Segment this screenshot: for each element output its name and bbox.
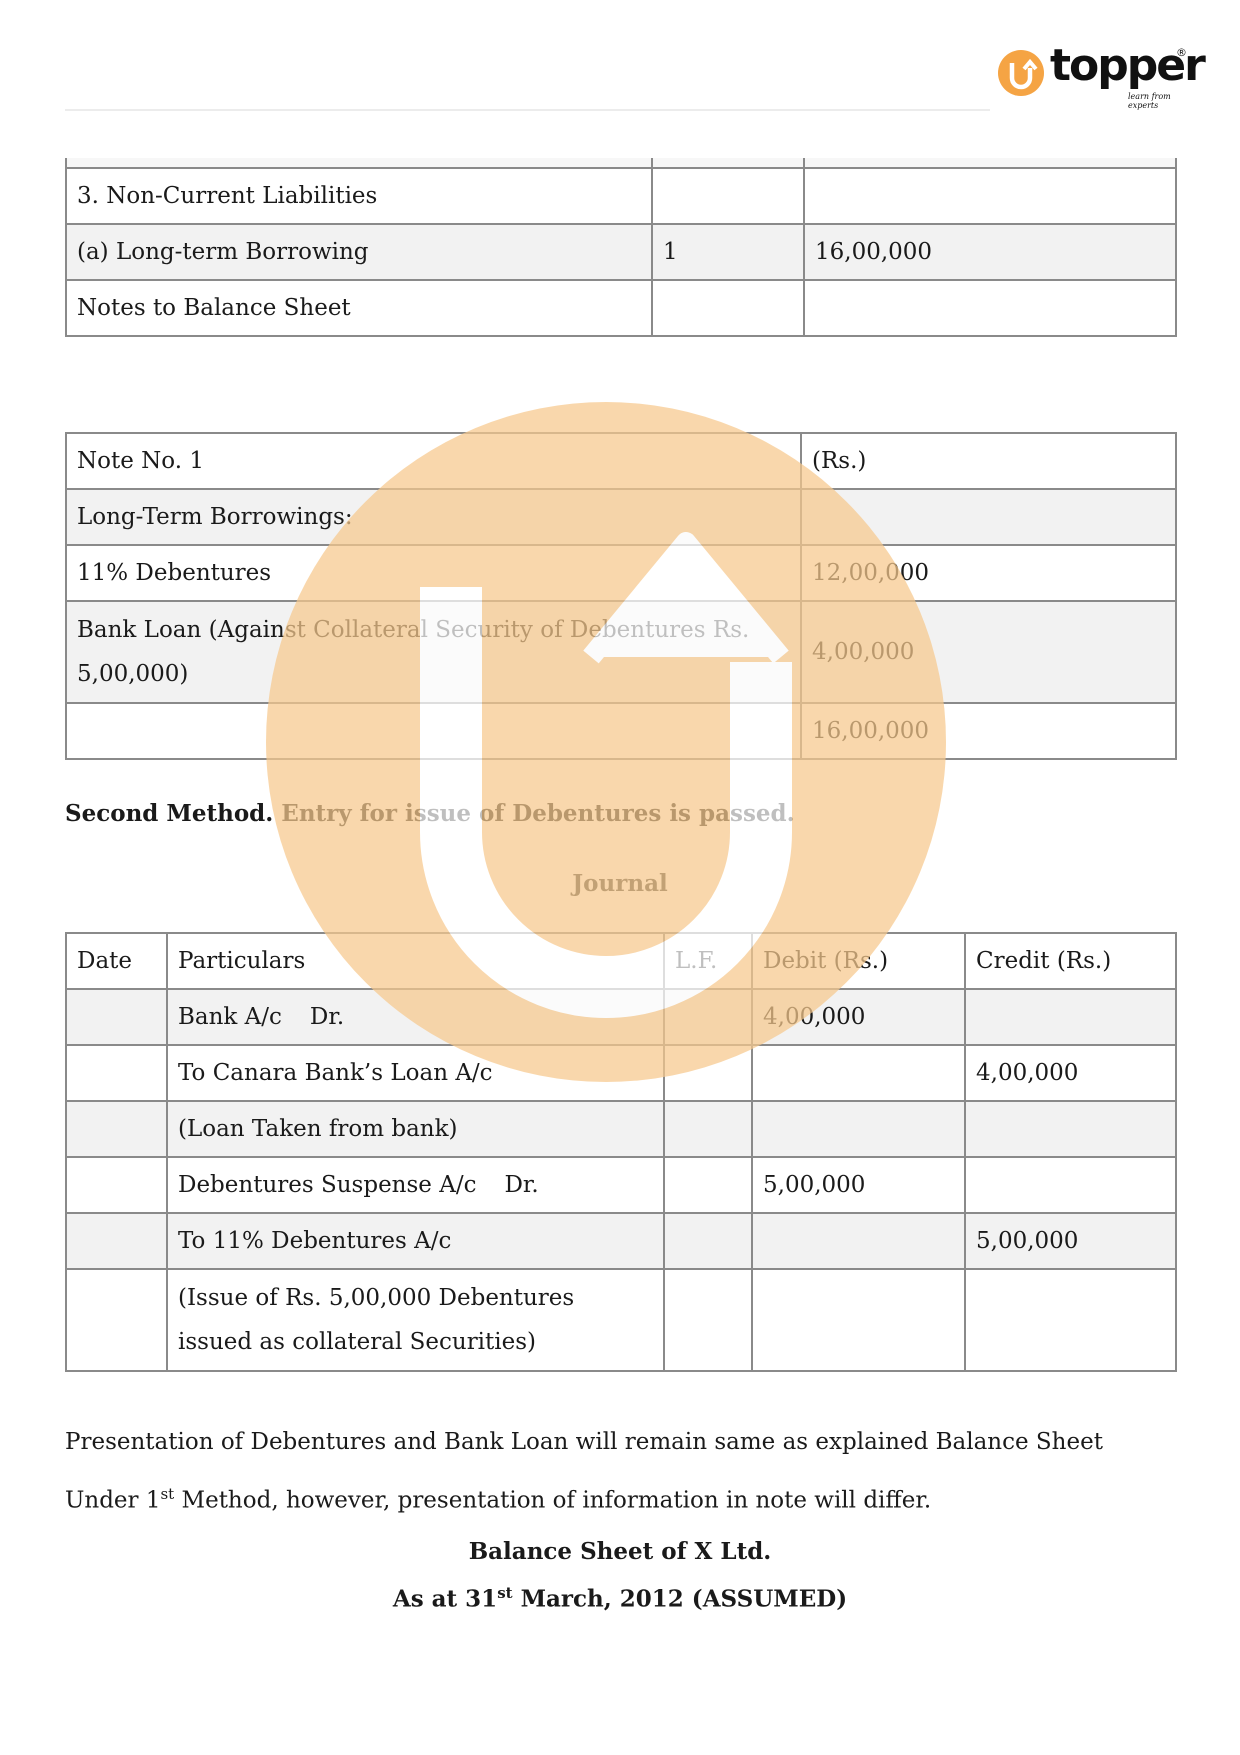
row-debit: 4,00,000 — [752, 989, 965, 1045]
row-debit — [752, 1269, 965, 1371]
registered-mark: ® — [1176, 46, 1187, 59]
row-date — [66, 1045, 167, 1101]
balance-sheet-title: Balance Sheet of X Ltd. — [0, 1538, 1240, 1565]
journal-table: Date Particulars L.F. Debit (Rs.) Credit… — [65, 932, 1177, 1372]
row-particulars: Bank A/cDr. — [167, 989, 664, 1045]
row-credit: 4,00,000 — [965, 1045, 1176, 1101]
row-lf — [664, 1045, 752, 1101]
row-label: (a) Long-term Borrowing — [66, 224, 652, 280]
table-row: (Issue of Rs. 5,00,000 Debentures issued… — [66, 1269, 1176, 1371]
ordinal-suffix: st — [160, 1485, 174, 1503]
row-label: 11% Debentures — [66, 545, 801, 601]
row-lf — [664, 1101, 752, 1157]
row-label — [66, 703, 801, 759]
row-amount: 12,00,000 — [801, 545, 1176, 601]
table-row: 11% Debentures 12,00,000 — [66, 545, 1176, 601]
row-label: Long-Term Borrowings: — [66, 489, 801, 545]
row-lf — [664, 1157, 752, 1213]
row-date — [66, 1213, 167, 1269]
row-date — [66, 989, 167, 1045]
dr-marker: Dr. — [310, 1004, 344, 1030]
table-row: To Canara Bank’s Loan A/c 4,00,000 — [66, 1045, 1176, 1101]
table-row: (Loan Taken from bank) — [66, 1101, 1176, 1157]
table-row: Long-Term Borrowings: — [66, 489, 1176, 545]
particulars-text: Bank A/c — [178, 1004, 282, 1030]
row-debit — [752, 1101, 965, 1157]
date-prefix: As at 31 — [393, 1586, 497, 1613]
column-header-credit: Credit (Rs.) — [965, 933, 1176, 989]
presentation-paragraph: Presentation of Debentures and Bank Loan… — [65, 1416, 1175, 1527]
header-divider — [65, 109, 990, 111]
table-row: (a) Long-term Borrowing 1 16,00,000 — [66, 224, 1176, 280]
row-label: Notes to Balance Sheet — [66, 280, 652, 336]
row-amount — [804, 280, 1176, 336]
note-1-table: Note No. 1 (Rs.) Long-Term Borrowings: 1… — [65, 432, 1177, 760]
row-amount: 16,00,000 — [804, 224, 1176, 280]
dr-marker: Dr. — [504, 1172, 538, 1198]
topper-logo[interactable]: topper ® learn from experts — [998, 46, 1198, 106]
row-date — [66, 1269, 167, 1371]
note-title: Note No. 1 — [66, 433, 801, 489]
row-lf — [664, 1213, 752, 1269]
balance-sheet-fragment-table: 3. Non-Current Liabilities (a) Long-term… — [65, 158, 1177, 337]
row-debit — [752, 1213, 965, 1269]
particulars-text: Debentures Suspense A/c — [178, 1172, 476, 1198]
column-header-lf: L.F. — [664, 933, 752, 989]
row-date — [66, 1157, 167, 1213]
row-lf — [664, 989, 752, 1045]
table-row: Notes to Balance Sheet — [66, 280, 1176, 336]
table-row-total: 16,00,000 — [66, 703, 1176, 759]
row-amount: 4,00,000 — [801, 601, 1176, 703]
row-credit — [965, 1157, 1176, 1213]
row-credit: 5,00,000 — [965, 1213, 1176, 1269]
row-note — [652, 280, 804, 336]
row-label: 3. Non-Current Liabilities — [66, 168, 652, 224]
table-row: Bank Loan (Against Collateral Security o… — [66, 601, 1176, 703]
row-date — [66, 1101, 167, 1157]
balance-sheet-date: As at 31st March, 2012 (ASSUMED) — [0, 1584, 1240, 1613]
table-row: Debentures Suspense A/cDr. 5,00,000 — [66, 1157, 1176, 1213]
row-particulars: (Issue of Rs. 5,00,000 Debentures issued… — [167, 1269, 664, 1371]
row-credit — [965, 989, 1176, 1045]
table-row-cut — [66, 158, 1176, 168]
row-particulars: Debentures Suspense A/cDr. — [167, 1157, 664, 1213]
table-row: To 11% Debentures A/c 5,00,000 — [66, 1213, 1176, 1269]
row-amount — [804, 168, 1176, 224]
date-suffix: March, 2012 (ASSUMED) — [513, 1586, 848, 1613]
currency-header: (Rs.) — [801, 433, 1176, 489]
row-note: 1 — [652, 224, 804, 280]
row-debit: 5,00,000 — [752, 1157, 965, 1213]
table-row: 3. Non-Current Liabilities — [66, 168, 1176, 224]
row-note — [652, 168, 804, 224]
journal-title: Journal — [0, 870, 1240, 897]
row-credit — [965, 1101, 1176, 1157]
column-header-debit: Debit (Rs.) — [752, 933, 965, 989]
row-label: Bank Loan (Against Collateral Security o… — [66, 601, 801, 703]
row-lf — [664, 1269, 752, 1371]
row-credit — [965, 1269, 1176, 1371]
row-particulars: To 11% Debentures A/c — [167, 1213, 664, 1269]
table-row: Bank A/cDr. 4,00,000 — [66, 989, 1176, 1045]
topper-u-arrow-icon — [998, 50, 1044, 96]
second-method-lead: Second Method. — [65, 800, 273, 827]
presentation-text-2: Method, however, presentation of informa… — [174, 1488, 931, 1514]
row-debit — [752, 1045, 965, 1101]
brand-tagline: learn from experts — [1128, 92, 1198, 110]
row-amount: 16,00,000 — [801, 703, 1176, 759]
table-header-row: Note No. 1 (Rs.) — [66, 433, 1176, 489]
row-particulars: (Loan Taken from bank) — [167, 1101, 664, 1157]
second-method-text: Entry for issue of Debentures is passed. — [273, 800, 794, 827]
table-header-row: Date Particulars L.F. Debit (Rs.) Credit… — [66, 933, 1176, 989]
ordinal-suffix: st — [497, 1584, 512, 1602]
second-method-heading: Second Method. Entry for issue of Debent… — [65, 800, 795, 827]
column-header-date: Date — [66, 933, 167, 989]
row-amount — [801, 489, 1176, 545]
column-header-particulars: Particulars — [167, 933, 664, 989]
row-particulars: To Canara Bank’s Loan A/c — [167, 1045, 664, 1101]
